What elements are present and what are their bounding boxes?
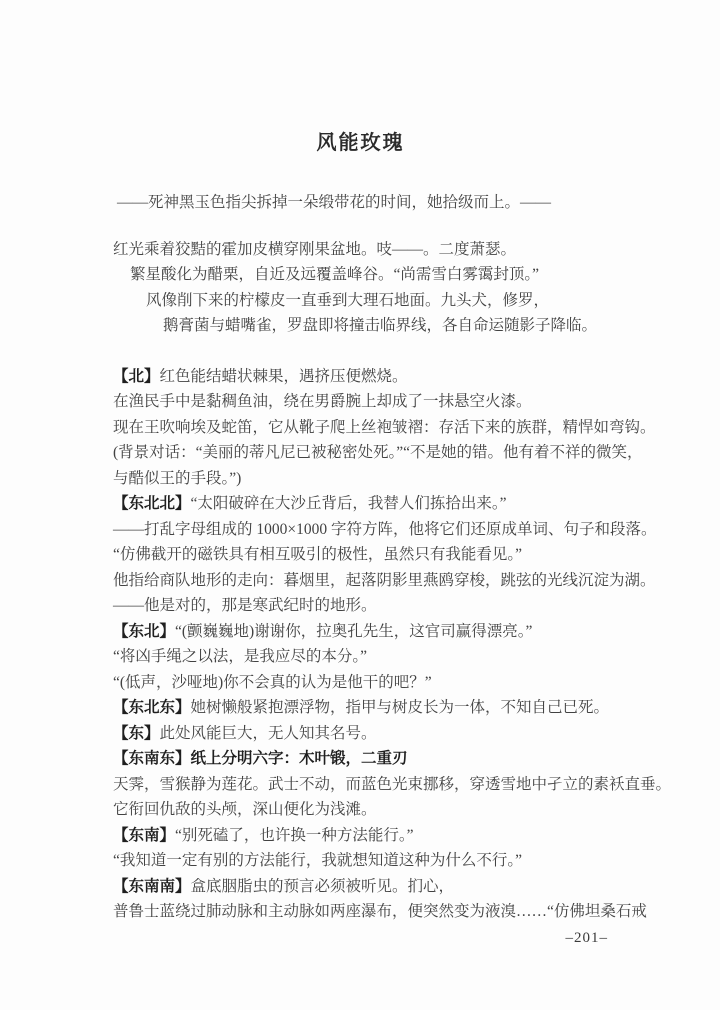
scanned-book-page: 风能玫瑰 ——死神黑玉色指尖拆掉一朵缎带花的时间，她拾级而上。—— 红光乘着狡黠… [0, 0, 720, 1010]
poem-line: 【东北北】“太阳破碎在大沙丘背后，我替人们拣拾出来。” [113, 491, 608, 517]
line-text: ——打乱字母组成的 1000×1000 字符方阵，他将它们还原成单词、句子和段落… [113, 521, 657, 538]
poem-line: 【东北东】她树懒般紧抱漂浮物，指甲与树皮长为一体，不知自己已死。 [113, 695, 608, 721]
line-text: ——他是对的，那是寒武纪时的地形。 [113, 597, 377, 614]
poem-line: “将凶手绳之以法，是我应尽的本分。” [113, 644, 608, 670]
poem-line: 他指给商队地形的走向：暮烟里，起落阴影里燕鸥穿梭，跳弦的光线沉淀为湖。 [113, 568, 608, 594]
line-text: 红色能结蜡状棘果，遇挤压便燃烧。 [160, 368, 408, 385]
line-text: 风像削下来的柠檬皮一直垂到大理石地面。九头犬，修罗， [146, 292, 549, 309]
line-text: “(颤巍巍地)谢谢你，拉奥孔先生，这官司赢得漂亮。” [175, 623, 532, 640]
poem-line: “我知道一定有别的方法能行，我就想知道这种为什么不行。” [113, 848, 608, 874]
line-text: “仿佛截开的磁铁具有相互吸引的极性，虽然只有我能看见。” [113, 546, 522, 563]
poem-line: 【东南南】盒底胭脂虫的预言必须被听见。扪心， [113, 874, 608, 900]
line-text: 盒底胭脂虫的预言必须被听见。扪心， [191, 878, 455, 895]
poem-line: “(低声，沙哑地)你不会真的认为是他干的吧？” [113, 670, 608, 696]
page-title: 风能玫瑰 [113, 130, 608, 156]
page-number: –201– [113, 927, 608, 949]
direction-marker: 【东】 [113, 725, 160, 742]
poem-line: 【东南】“别死磕了，也许换一种方法能行。” [113, 823, 608, 849]
line-text: (背景对话：“美丽的蒂凡尼已被秘密处死。”“不是她的错。他有着不祥的微笑， [113, 444, 643, 461]
line-text: “我知道一定有别的方法能行，我就想知道这种为什么不行。” [113, 852, 522, 869]
line-text: 与酷似王的手段。”) [113, 470, 241, 487]
direction-marker: 【东南】 [113, 827, 175, 844]
poem-line: 【北】红色能结蜡状棘果，遇挤压便燃烧。 [113, 364, 608, 390]
poem-line: ——打乱字母组成的 1000×1000 字符方阵，他将它们还原成单词、句子和段落… [113, 517, 608, 543]
poem-line: 现在王吹响埃及蛇笛，它从靴子爬上丝袍皱褶：存活下来的族群，精悍如弯钩。 [113, 415, 608, 441]
line-text: “别死磕了，也许换一种方法能行。” [175, 827, 414, 844]
line-text: 在渔民手中是黏稠鱼油，绕在男爵腕上却成了一抹悬空火漆。 [113, 393, 532, 410]
line-text: 纸上分明六字：木叶锻，二重刃 [191, 750, 408, 767]
direction-marker: 【东北东】 [113, 699, 191, 716]
line-text: 普鲁士蓝绕过肺动脉和主动脉如两座瀑布，便突然变为液溴……“仿佛坦桑石戒 [113, 903, 647, 920]
poem-line: 天霁，雪猴静为莲花。武士不动，而蓝色光束挪移，穿透雪地中孑立的素袄直垂。 [113, 772, 608, 798]
line-text: 他指给商队地形的走向：暮烟里，起落阴影里燕鸥穿梭，跳弦的光线沉淀为湖。 [113, 572, 656, 589]
poem-line: ——他是对的，那是寒武纪时的地形。 [113, 593, 608, 619]
direction-marker: 【东北北】 [113, 495, 191, 512]
line-text: 天霁，雪猴静为莲花。武士不动，而蓝色光束挪移，穿透雪地中孑立的素袄直垂。 [113, 776, 671, 793]
line-text: 现在王吹响埃及蛇笛，它从靴子爬上丝袍皱褶：存活下来的族群，精悍如弯钩。 [113, 419, 656, 436]
poem-line: 红光乘着狡黠的霍加皮横穿刚果盆地。吱——。二度萧瑟。 [113, 237, 608, 263]
poem-line: 普鲁士蓝绕过肺动脉和主动脉如两座瀑布，便突然变为液溴……“仿佛坦桑石戒 [113, 899, 608, 925]
poem-line: 【东北】“(颤巍巍地)谢谢你，拉奥孔先生，这官司赢得漂亮。” [113, 619, 608, 645]
poem-line: 【东】此处风能巨大，无人知其名号。 [113, 721, 608, 747]
poem-line: 繁星酸化为醋栗，自近及远覆盖峰谷。“尚需雪白雾霭封顶。” [113, 262, 608, 288]
line-text: “(低声，沙哑地)你不会真的认为是他干的吧？” [113, 674, 432, 691]
page-content: 风能玫瑰 ——死神黑玉色指尖拆掉一朵缎带花的时间，她拾级而上。—— 红光乘着狡黠… [0, 0, 720, 949]
poem-line: 风像削下来的柠檬皮一直垂到大理石地面。九头犬，修罗， [113, 288, 608, 314]
line-text: 此处风能巨大，无人知其名号。 [160, 725, 377, 742]
direction-marker: 【东南东】 [113, 750, 191, 767]
epigraph: ——死神黑玉色指尖拆掉一朵缎带花的时间，她拾级而上。—— [113, 190, 608, 216]
line-text: 繁星酸化为醋栗，自近及远覆盖峰谷。“尚需雪白雾霭封顶。” [130, 266, 539, 283]
poem-line: 在渔民手中是黏稠鱼油，绕在男爵腕上却成了一抹悬空火漆。 [113, 389, 608, 415]
poem-line: “仿佛截开的磁铁具有相互吸引的极性，虽然只有我能看见。” [113, 542, 608, 568]
direction-marker: 【东南南】 [113, 878, 191, 895]
line-text: 红光乘着狡黠的霍加皮横穿刚果盆地。吱——。二度萧瑟。 [113, 241, 516, 258]
direction-marker: 【北】 [113, 368, 160, 385]
poem-line: 与酷似王的手段。”) [113, 466, 608, 492]
poem-line: 它衔回仇敌的头颅，深山便化为浅滩。 [113, 797, 608, 823]
opening-stanza: 红光乘着狡黠的霍加皮横穿刚果盆地。吱——。二度萧瑟。 繁星酸化为醋栗，自近及远覆… [113, 237, 608, 339]
line-text: 她树懒般紧抱漂浮物，指甲与树皮长为一体，不知自己已死。 [191, 699, 610, 716]
poem-line: (背景对话：“美丽的蒂凡尼已被秘密处死。”“不是她的错。他有着不祥的微笑， [113, 440, 608, 466]
poem-line: 鹅膏菌与蜡嘴雀，罗盘即将撞击临界线，各自命运随影子降临。 [113, 313, 608, 339]
line-text: 鹅膏菌与蜡嘴雀，罗盘即将撞击临界线，各自命运随影子降临。 [163, 317, 597, 334]
line-text: 它衔回仇敌的头颅，深山便化为浅滩。 [113, 801, 377, 818]
poem-line-emphasized: 【东南东】纸上分明六字：木叶锻，二重刃 [113, 746, 608, 772]
direction-sections: 【北】红色能结蜡状棘果，遇挤压便燃烧。 在渔民手中是黏稠鱼油，绕在男爵腕上却成了… [113, 364, 608, 925]
line-text: “将凶手绳之以法，是我应尽的本分。” [113, 648, 367, 665]
direction-marker: 【东北】 [113, 623, 175, 640]
line-text: “太阳破碎在大沙丘背后，我替人们拣拾出来。” [191, 495, 507, 512]
